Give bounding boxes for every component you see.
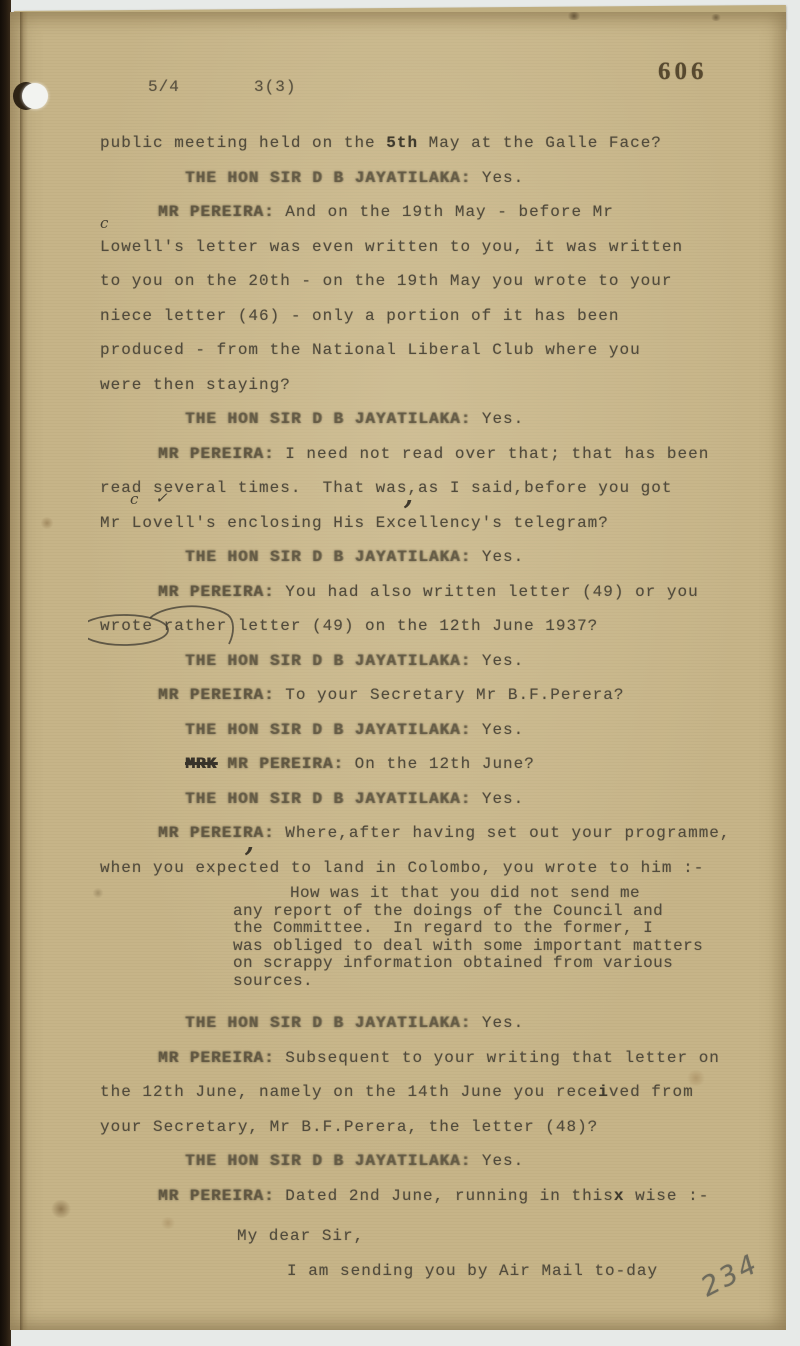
text-segment: On the 12th June? xyxy=(344,755,535,773)
speaker-name: THE HON SIR D B JAYATILAKA: xyxy=(185,790,471,808)
transcript-body: public meeting held on the 5th May at th… xyxy=(100,126,760,1288)
speaker-name: THE HON SIR D B JAYATILAKA: xyxy=(185,1152,471,1170)
text-segment: were then staying? xyxy=(100,376,291,394)
transcript-line: MR PEREIRA: To your Secretary Mr B.F.Per… xyxy=(100,678,760,713)
text-segment: to you on the 20th - on the 19th May you… xyxy=(100,272,672,290)
transcript-line: THE HON SIR D B JAYATILAKA: Yes. xyxy=(100,782,760,817)
text-segment: To your Secretary Mr B.F.Perera? xyxy=(275,686,625,704)
speaker-name: MR PEREIRA: xyxy=(158,583,275,601)
transcript-line: produced - from the National Liberal Clu… xyxy=(100,333,760,368)
text-segment: How was it that you did not send me xyxy=(290,884,640,902)
transcript-line: niece letter (46) - only a portion of it… xyxy=(100,299,760,334)
handwritten-annotation: c xyxy=(100,216,108,231)
transcript-line: Lowell's letter was even written to you,… xyxy=(100,230,760,265)
scanned-document-screenshot: { "document": { "stamp_number": "606", "… xyxy=(0,0,800,1346)
text-segment: public meeting held on the xyxy=(100,134,386,152)
transcript-line: THE HON SIR D B JAYATILAKA: Yes. xyxy=(100,161,760,196)
text-segment: sources. xyxy=(233,972,313,990)
transcript-line: the Committee. In regard to the former, … xyxy=(233,920,760,938)
text-segment: And on the 19th May - before Mr xyxy=(275,203,614,221)
text-segment: MRK xyxy=(185,755,217,773)
speaker-name: MR PEREIRA: xyxy=(158,824,275,842)
speaker-name: MR PEREIRA: xyxy=(158,1187,275,1205)
transcript-line: MR PEREIRA: I need not read over that; t… xyxy=(100,437,760,472)
transcript-line: MR PEREIRA: You had also written letter … xyxy=(100,575,760,610)
text-segment: Yes. xyxy=(471,169,524,187)
transcript-line: MR PEREIRA: Subsequent to your writing t… xyxy=(100,1041,760,1076)
transcript-line: to you on the 20th - on the 19th May you… xyxy=(100,264,760,299)
transcript-line: I am sending you by Air Mail to-day xyxy=(100,1254,760,1289)
speaker-name: MR PEREIRA: xyxy=(158,445,275,463)
text-segment: Yes. xyxy=(471,548,524,566)
text-segment: Subsequent to your writing that letter o… xyxy=(275,1049,720,1067)
text-segment: Lowell's letter was even written to you,… xyxy=(100,238,683,256)
speaker-name: THE HON SIR D B JAYATILAKA: xyxy=(185,410,471,428)
document-header: 5/4 3(3) xyxy=(148,78,296,96)
transcript-line: Mr Lovell's enclosing His Excellency's t… xyxy=(100,506,760,541)
transcript-line: MR PEREIRA: Where,after having set out y… xyxy=(100,816,760,851)
text-segment: niece letter (46) - only a portion of it… xyxy=(100,307,619,325)
handwritten-annotation: ✓ xyxy=(155,491,168,506)
text-segment: You had also written letter (49) or you xyxy=(275,583,699,601)
transcript-line: read several times. That was,as I said,b… xyxy=(100,471,760,506)
text-segment: on scrappy information obtained from var… xyxy=(233,954,673,972)
paper-stain xyxy=(710,14,722,21)
paper-stain xyxy=(40,517,54,529)
transcript-line: MR PEREIRA: And on the 19th May - before… xyxy=(100,195,760,230)
speaker-name: THE HON SIR D B JAYATILAKA: xyxy=(185,721,471,739)
transcript-line: MR PEREIRA: Dated 2nd June, running in t… xyxy=(100,1179,760,1214)
text-segment: Yes. xyxy=(471,652,524,670)
text-segment: ved from xyxy=(609,1083,694,1101)
speaker-name: THE HON SIR D B JAYATILAKA: xyxy=(185,548,471,566)
text-segment: My dear Sir, xyxy=(237,1227,364,1245)
speaker-name: MR PEREIRA: xyxy=(158,686,275,704)
text-segment: I need not read over that; that has been xyxy=(275,445,710,463)
transcript-line: THE HON SIR D B JAYATILAKA: Yes. xyxy=(100,540,760,575)
transcript-line: any report of the doings of the Council … xyxy=(233,903,760,921)
text-segment: the 12th June, namely on the 14th June y… xyxy=(100,1083,598,1101)
text-segment: any report of the doings of the Council … xyxy=(233,902,663,920)
text-segment: when you expected to land in Colombo, yo… xyxy=(100,859,704,877)
text-segment: the Committee. In regard to the former, … xyxy=(233,919,653,937)
transcript-line: THE HON SIR D B JAYATILAKA: Yes. xyxy=(100,402,760,437)
speaker-name: THE HON SIR D B JAYATILAKA: xyxy=(185,169,471,187)
handwritten-annotation: c xyxy=(130,492,138,507)
paper-stain xyxy=(566,12,582,20)
speaker-name: MR PEREIRA: xyxy=(217,755,344,773)
transcript-line: wrote rather letter (49) on the 12th Jun… xyxy=(100,609,760,644)
text-segment: wise :- xyxy=(624,1187,709,1205)
transcript-line: sources. xyxy=(233,973,760,991)
text-segment: x xyxy=(614,1187,625,1205)
text-segment: Yes. xyxy=(471,410,524,428)
transcript-line: THE HON SIR D B JAYATILAKA: Yes. xyxy=(100,644,760,679)
text-segment: Yes. xyxy=(471,721,524,739)
document-page: 606 5/4 3(3) public meeting held on the … xyxy=(10,12,786,1330)
page-gutter-fold xyxy=(20,12,28,1330)
punch-hole-icon xyxy=(22,83,48,109)
header-section: 3(3) xyxy=(254,78,296,96)
transcript-line: How was it that you did not send me xyxy=(233,885,760,903)
header-ref: 5/4 xyxy=(148,78,180,96)
text-segment: May at the Galle Face? xyxy=(418,134,662,152)
paper-stain xyxy=(50,1200,72,1218)
transcript-line: MRK MR PEREIRA: On the 12th June? xyxy=(100,747,760,782)
text-segment: Mr Lovell's enclosing His Excellency's t… xyxy=(100,514,609,532)
transcript-line: THE HON SIR D B JAYATILAKA: Yes. xyxy=(100,1006,760,1041)
text-segment: wrote rather letter (49) on the 12th Jun… xyxy=(100,617,598,635)
speaker-name: MR PEREIRA: xyxy=(158,203,275,221)
text-segment: your Secretary, Mr B.F.Perera, the lette… xyxy=(100,1118,598,1136)
transcript-line: your Secretary, Mr B.F.Perera, the lette… xyxy=(100,1110,760,1145)
transcript-line: were then staying? xyxy=(100,368,760,403)
transcript-line: on scrappy information obtained from var… xyxy=(233,955,760,973)
header-spacer xyxy=(180,78,254,96)
speaker-name: THE HON SIR D B JAYATILAKA: xyxy=(185,1014,471,1032)
text-segment: I am sending you by Air Mail to-day xyxy=(287,1262,658,1280)
text-segment: Where,after having set out your programm… xyxy=(275,824,731,842)
text-segment: i xyxy=(598,1083,609,1101)
text-segment: Yes. xyxy=(471,1152,524,1170)
text-segment: Yes. xyxy=(471,790,524,808)
transcript-line: THE HON SIR D B JAYATILAKA: Yes. xyxy=(100,1144,760,1179)
text-segment: 5th xyxy=(386,134,418,152)
text-segment: Dated 2nd June, running in this xyxy=(275,1187,614,1205)
transcript-line: was obliged to deal with some important … xyxy=(233,938,760,956)
text-segment: Yes. xyxy=(471,1014,524,1032)
transcript-line: My dear Sir, xyxy=(100,1219,760,1254)
transcript-line: the 12th June, namely on the 14th June y… xyxy=(100,1075,760,1110)
transcript-line: public meeting held on the 5th May at th… xyxy=(100,126,760,161)
speaker-name: THE HON SIR D B JAYATILAKA: xyxy=(185,652,471,670)
page-number-stamp: 606 xyxy=(658,58,708,86)
speaker-name: MR PEREIRA: xyxy=(158,1049,275,1067)
transcript-line: when you expected to land in Colombo, yo… xyxy=(100,851,760,886)
text-segment: was obliged to deal with some important … xyxy=(233,937,703,955)
text-segment: produced - from the National Liberal Clu… xyxy=(100,341,641,359)
text-segment: read several times. That was,as I said,b… xyxy=(100,479,672,497)
transcript-line: THE HON SIR D B JAYATILAKA: Yes. xyxy=(100,713,760,748)
